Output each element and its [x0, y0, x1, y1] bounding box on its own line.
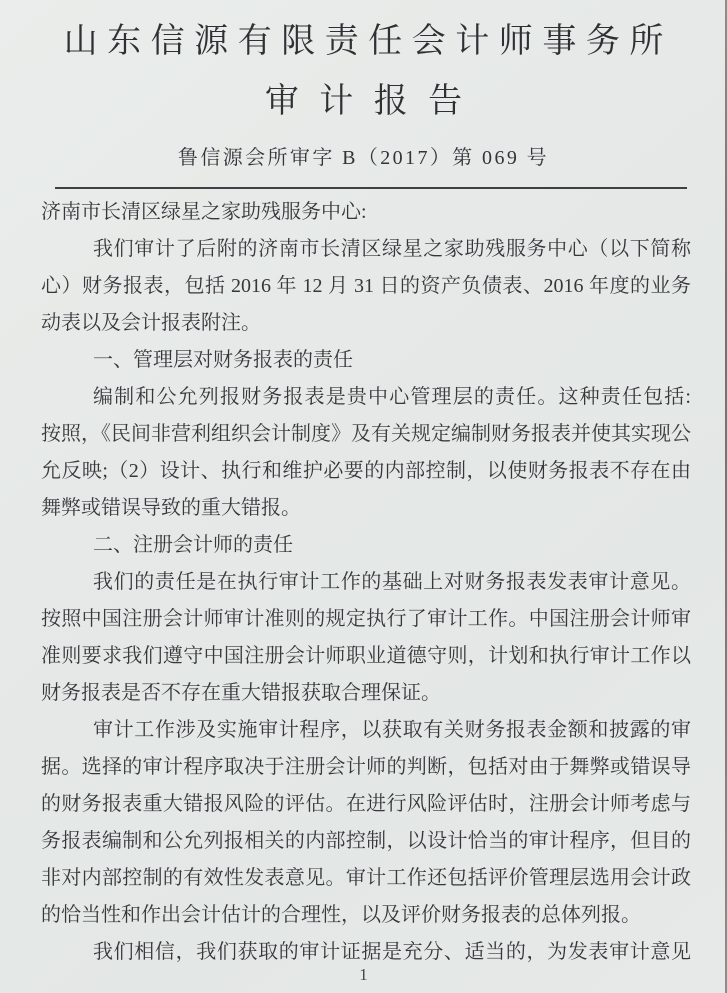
body-line: 我们的责任是在执行审计工作的基础上对财务报表发表审计意见。我们: [41, 564, 691, 601]
report-number: 鲁信源会所审字 B（2017）第 069 号: [0, 146, 727, 170]
body-line: 财务报表是否不存在重大错报获取合理保证。: [41, 675, 691, 712]
body-line: 务报表编制和公允列报相关的内部控制，以设计恰当的审计程序，但目的并: [41, 823, 691, 860]
body-line: 济南市长清区绿星之家助残服务中心:: [41, 194, 691, 231]
report-header: 山东信源有限责任会计师事务所 审计报告 鲁信源会所审字 B（2017）第 069…: [0, 0, 727, 189]
body-line: 一、管理层对财务报表的责任: [41, 342, 691, 379]
body-line: 按照，《民间非营利组织会计制度》及有关规定编制财务报表并使其实现公: [41, 416, 691, 453]
body-line: 允反映;（2）设计、执行和维护必要的内部控制，以使财务报表不存在由于: [41, 453, 691, 490]
body-line: 我们审计了后附的济南市长清区绿星之家助残服务中心（以下简称贵中: [41, 231, 691, 268]
page-footer: 1: [0, 965, 727, 985]
page-number: 1: [359, 965, 368, 984]
body-line: 心）财务报表，包括 2016 年 12 月 31 日的资产负债表、2016 年度…: [41, 268, 691, 305]
body-line: 准则要求我们遵守中国注册会计师职业道德守则，计划和执行审计工作以对: [41, 638, 691, 675]
body-line: 据。选择的审计程序取决于注册会计师的判断，包括对由于舞弊或错误导致: [41, 749, 691, 786]
header-divider: [55, 187, 687, 189]
body-line: 二、注册会计师的责任: [41, 527, 691, 564]
body-line: 舞弊或错误导致的重大错报。: [41, 490, 691, 527]
body-line: 按照中国注册会计师审计准则的规定执行了审计工作。中国注册会计师审计: [41, 601, 691, 638]
body-line: 动表以及会计报表附注。: [41, 305, 691, 342]
body-line: 非对内部控制的有效性发表意见。审计工作还包括评价管理层选用会计政策: [41, 860, 691, 897]
report-body: 济南市长清区绿星之家助残服务中心:我们审计了后附的济南市长清区绿星之家助残服务中…: [41, 194, 691, 971]
report-title: 审计报告: [0, 83, 727, 121]
body-line: 的恰当性和作出会计估计的合理性，以及评价财务报表的总体列报。: [41, 897, 691, 934]
firm-name: 山东信源有限责任会计师事务所: [0, 0, 727, 61]
scanned-audit-report-page: 山东信源有限责任会计师事务所 审计报告 鲁信源会所审字 B（2017）第 069…: [0, 0, 727, 993]
body-line: 编制和公允列报财务报表是贵中心管理层的责任。这种责任包括:（1）: [41, 379, 691, 416]
body-line: 的财务报表重大错报风险的评估。在进行风险评估时，注册会计师考虑与财: [41, 786, 691, 823]
body-line: 审计工作涉及实施审计程序，以获取有关财务报表金额和披露的审计证: [41, 712, 691, 749]
